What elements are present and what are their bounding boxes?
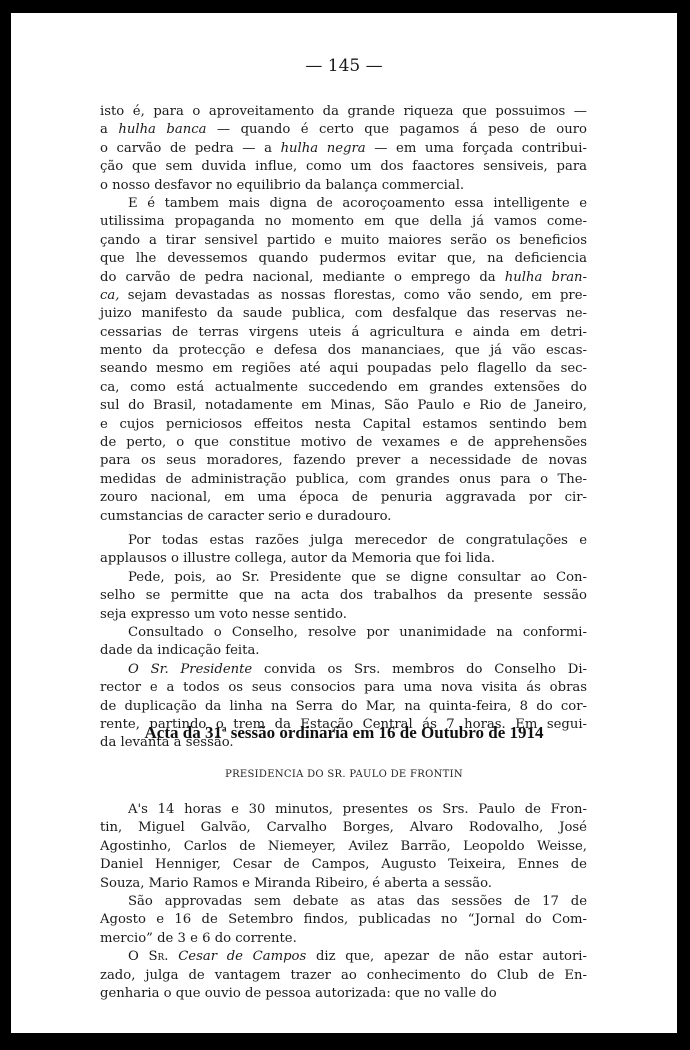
text-line: do carvão de pedra nacional, mediante o …: [100, 269, 587, 287]
text-line: genharia o que ouvio de pessoa autorizad…: [100, 985, 587, 1003]
text-line: seando mesmo em regiões até aqui poupada…: [100, 360, 587, 378]
text-line: E é tambem mais digna de acoroçoamento e…: [100, 195, 587, 213]
text-line: de duplicação da linha na Serra do Mar, …: [100, 698, 587, 716]
text-line: seja expresso um voto nesse sentido.: [100, 606, 587, 624]
text-line: zouro nacional, em uma época de penuria …: [100, 489, 587, 507]
text-line: tin, Miguel Galvão, Carvalho Borges, Alv…: [100, 819, 587, 837]
body-text-top: isto é, para o aproveitamento da grande …: [100, 103, 587, 753]
text-line: mercio” de 3 e 6 do corrente.: [100, 930, 587, 948]
text-line: çando a tirar sensivel partido e muito m…: [100, 232, 587, 250]
text-line: utilissima propaganda no momento em que …: [100, 213, 587, 231]
text-line: O Sr. Cesar de Campos diz que, apezar de…: [100, 948, 587, 966]
paragraph-para2: E é tambem mais digna de acoroçoamento e…: [100, 195, 587, 526]
text-line: isto é, para o aproveitamento da grande …: [100, 103, 587, 121]
text-line: zado, julga de vantagem trazer ao conhec…: [100, 967, 587, 985]
text-line: ção que sem duvida influe, como um dos f…: [100, 158, 587, 176]
text-line: a hulha banca — quando é certo que pagam…: [100, 121, 587, 139]
paragraph-block1: isto é, para o aproveitamento da grande …: [100, 103, 587, 195]
text-line: ca, sejam devastadas as nossas florestas…: [100, 287, 587, 305]
text-line: selho se permitte que na acta dos trabal…: [100, 587, 587, 605]
text-line: São approvadas sem debate as atas das se…: [100, 893, 587, 911]
text-line: Por todas estas razões julga merecedor d…: [100, 532, 587, 550]
text-line: para os seus moradores, fazendo prever a…: [100, 452, 587, 470]
text-line: cessarias de terras virgens uteis á agri…: [100, 324, 587, 342]
text-line: e cujos perniciosos effeitos nesta Capit…: [100, 416, 587, 434]
paragraph-para4: Pede, pois, ao Sr. Presidente que se dig…: [100, 569, 587, 624]
text-line: juizo manifesto da saude publica, com de…: [100, 305, 587, 323]
text-line: Consultado o Conselho, resolve por unani…: [100, 624, 587, 642]
paragraph-para8: São approvadas sem debate as atas das se…: [100, 893, 587, 948]
text-line: medidas de administração publica, com gr…: [100, 471, 587, 489]
text-line: rector e a todos os seus consocios para …: [100, 679, 587, 697]
text-line: de perto, o que constitue motivo de vexa…: [100, 434, 587, 452]
page-number: — 145 —: [11, 56, 677, 76]
text-line: Agosto e 16 de Setembro findos, publicad…: [100, 911, 587, 929]
document-page: — 145 — isto é, para o aproveitamento da…: [11, 13, 677, 1033]
text-line: sul do Brasil, notadamente em Minas, São…: [100, 397, 587, 415]
body-text-bottom: A's 14 horas e 30 minutos, presentes os …: [100, 801, 587, 1003]
text-line: applausos o illustre collega, autor da M…: [100, 550, 587, 568]
paragraph-para7: A's 14 horas e 30 minutos, presentes os …: [100, 801, 587, 893]
text-line: cumstancias de caracter serio e duradour…: [100, 508, 587, 526]
paragraph-para3: Por todas estas razões julga merecedor d…: [100, 532, 587, 569]
text-line: Pede, pois, ao Sr. Presidente que se dig…: [100, 569, 587, 587]
text-line: Agostinho, Carlos de Niemeyer, Avilez Ba…: [100, 838, 587, 856]
text-line: dade da indicação feita.: [100, 642, 587, 660]
text-line: A's 14 horas e 30 minutos, presentes os …: [100, 801, 587, 819]
text-line: Souza, Mario Ramos e Miranda Ribeiro, é …: [100, 875, 587, 893]
paragraph-para5: Consultado o Conselho, resolve por unani…: [100, 624, 587, 661]
paragraph-para9: O Sr. Cesar de Campos diz que, apezar de…: [100, 948, 587, 1003]
presidency-subheading: PRESIDENCIA DO SR. PAULO DE FRONTIN: [11, 769, 677, 780]
text-line: que lhe devessemos quando pudermos evita…: [100, 250, 587, 268]
text-line: ca, como está actualmente succedendo em …: [100, 379, 587, 397]
text-line: Daniel Henniger, Cesar de Campos, August…: [100, 856, 587, 874]
section-heading: Acta da 31a sessão ordinaria em 16 de Ou…: [11, 723, 677, 743]
text-line: o nosso desfavor no equilibrio da balanç…: [100, 177, 587, 195]
text-line: mento da protecção e defesa dos manancia…: [100, 342, 587, 360]
text-line: O Sr. Presidente convida os Srs. membros…: [100, 661, 587, 679]
text-line: o carvão de pedra — a hulha negra — em u…: [100, 140, 587, 158]
